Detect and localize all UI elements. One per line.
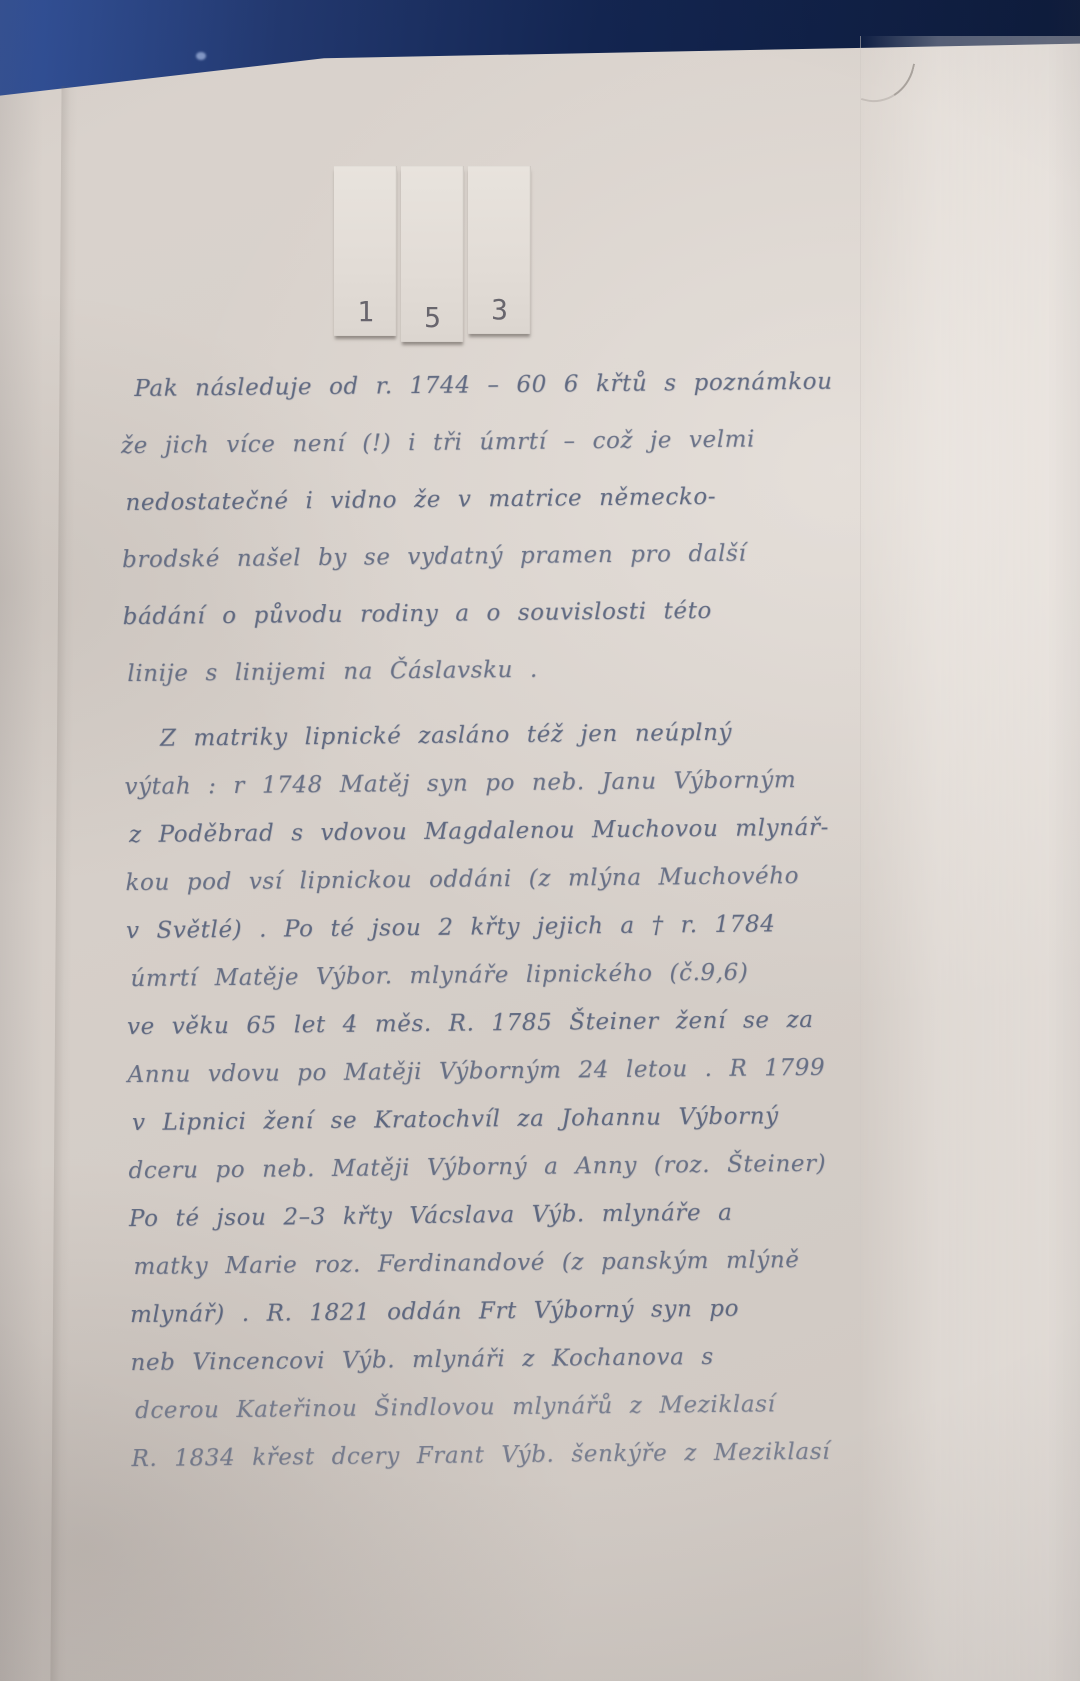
page-number-strip-3: 3	[468, 166, 531, 334]
manuscript-line: že jich více není (!) i tři úmrtí – což …	[121, 425, 906, 490]
manuscript-line: v Lipnici žení se Kratochvíl za Johannu …	[128, 1102, 912, 1158]
manuscript-line: brodské našel by se vydatný pramen pro d…	[122, 539, 907, 604]
manuscript-line: matky Marie roz. Ferdinandové (z panským…	[129, 1246, 913, 1302]
manuscript-line: v Světlé) . Po té jsou 2 křty jejich a †…	[126, 910, 910, 966]
light-glint	[196, 52, 206, 60]
strip-number: 5	[424, 301, 441, 342]
manuscript-line: dcerou Kateřinou Šindlovou mlynářů z Mez…	[131, 1390, 915, 1446]
manuscript-line: mlynář) . R. 1821 oddán Frt Výborný syn …	[130, 1294, 914, 1350]
manuscript-line: z Poděbrad s vdovou Magdalenou Muchovou …	[125, 814, 909, 870]
manuscript-line: Z matriky lipnické zasláno též jen neúpl…	[124, 718, 908, 774]
manuscript-line: Po té jsou 2–3 křty Vácslava Výb. mlynář…	[129, 1198, 913, 1254]
manuscript-line: kou pod vsí lipnickou oddáni (z mlýna Mu…	[125, 862, 909, 918]
manuscript-line: nedostatečné i vidno že v matrice německ…	[121, 482, 906, 547]
manuscript-line: R. 1834 křest dcery Frant Výb. šenkýře z…	[131, 1438, 915, 1494]
manuscript-line: úmrtí Matěje Výbor. mlynáře lipnického (…	[126, 958, 910, 1014]
page-number-strip-1: 1	[334, 166, 397, 336]
manuscript-line: neb Vincencovi Výb. mlynáři z Kochanova …	[130, 1342, 914, 1398]
handwritten-text: Pak následuje od r. 1744 – 60 6 křtů s p…	[120, 368, 916, 1494]
manuscript-line: bádání o původu rodiny a o souvislosti t…	[123, 596, 908, 661]
manuscript-line: linije s linijemi na Čáslavsku .	[123, 653, 908, 718]
manuscript-line: dceru po neb. Matěji Výborný a Anny (roz…	[128, 1150, 912, 1206]
photo-frame: 1 5 3 Pak následuje od r. 1744 – 60 6 kř…	[0, 0, 1080, 1681]
strip-number: 3	[491, 293, 508, 334]
page-number-strip-2: 5	[401, 166, 464, 342]
manuscript-line: výtah : r 1748 Matěj syn po neb. Janu Vý…	[124, 766, 908, 822]
numbering-strips: 1 5 3	[334, 166, 531, 342]
manuscript-line: ve věku 65 let 4 měs. R. 1785 Šteiner že…	[127, 1006, 911, 1062]
manuscript-line: Annu vdovu po Matěji Výborným 24 letou .…	[127, 1054, 911, 1110]
manuscript-line: Pak následuje od r. 1744 – 60 6 křtů s p…	[120, 368, 905, 433]
strip-number: 1	[357, 295, 374, 336]
